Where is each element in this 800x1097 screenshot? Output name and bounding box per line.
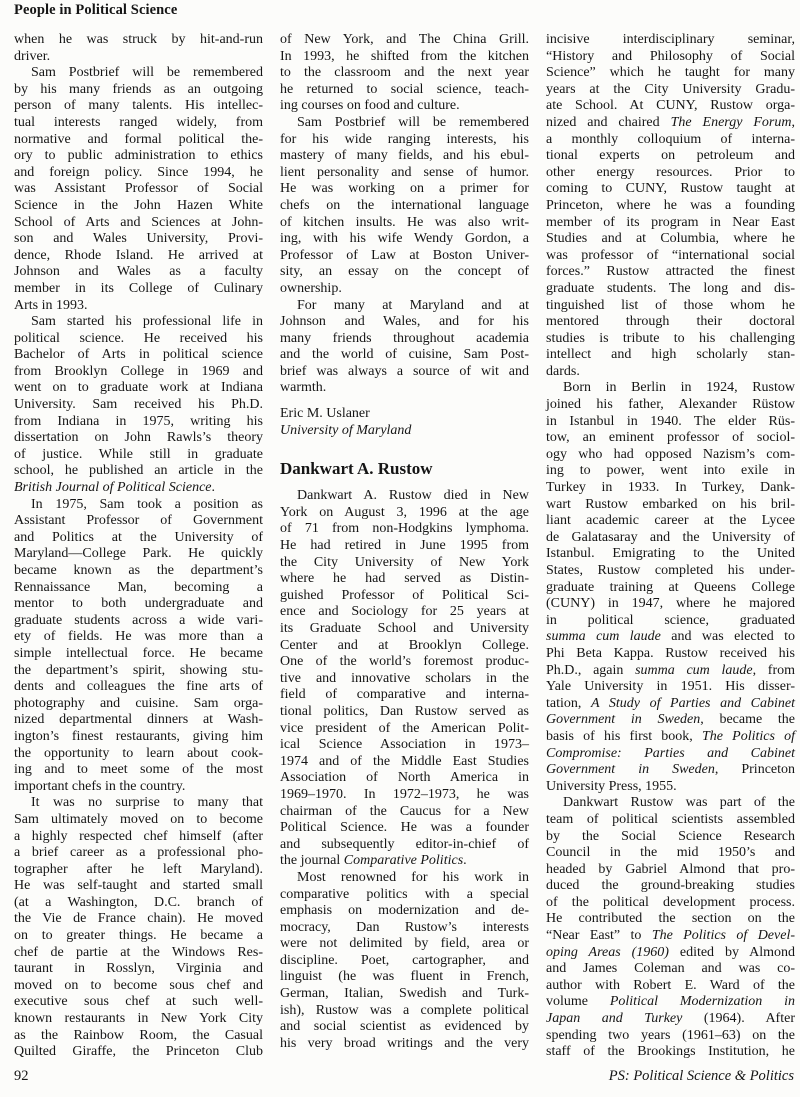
- text-line: coming to CUNY, Rustow taught at: [546, 181, 795, 198]
- text-line: ing and to meet some of the most: [14, 762, 263, 779]
- text-line: member in its College of Culinary: [14, 281, 263, 298]
- text-line: intellect and high scholarly stan-: [546, 347, 795, 364]
- text-line: linguist (he was fluent in French,: [280, 969, 529, 986]
- text-line: de Galatasaray and the University of: [546, 530, 795, 547]
- text-line: studies is tribute to his challenging: [546, 331, 795, 348]
- text-line: tinguished list of those whom he: [546, 298, 795, 315]
- text-line: He was working on a primer for: [280, 181, 529, 198]
- text-line: for his wide ranging interests, his: [280, 132, 529, 149]
- text-line: known restaurants in New York City: [14, 1011, 263, 1028]
- text-line: Compromise: Parties and Cabinet: [546, 746, 795, 763]
- text-line: incisive interdisciplinary seminar,: [546, 32, 795, 49]
- text-line: He had retired in June 1995 from: [280, 538, 529, 555]
- text-line: In 1975, Sam took a position as: [14, 497, 263, 514]
- text-line: Rennaissance Man, becoming a: [14, 580, 263, 597]
- italic-text: Government in Sweden: [546, 712, 700, 727]
- text-line: oping Areas (1960) edited by Almond: [546, 945, 795, 962]
- text-line: normative and formal political the-: [14, 132, 263, 149]
- text-line: the department’s spirit, showing stu-: [14, 663, 263, 680]
- text-line: driver.: [14, 49, 263, 66]
- text-line: Japan and Turkey (1964). After: [546, 1011, 795, 1028]
- text-line: person of many talents. His intellec-: [14, 98, 263, 115]
- text-line: ish), Rustow was a complete political: [280, 1003, 529, 1020]
- text-line: tation, A Study of Parties and Cabinet: [546, 696, 795, 713]
- text-line: team of political scientists assembled: [546, 812, 795, 829]
- text-line: a monthly colloquium of interna-: [546, 132, 795, 149]
- column-3: incisive interdisciplinary seminar,“Hist…: [546, 32, 795, 1061]
- text-line: dence, Rhode Island. He arrived at: [14, 248, 263, 265]
- text-line: States, Rustow completed his under-: [546, 563, 795, 580]
- text-line: ing to power, went into exile in: [546, 463, 795, 480]
- text-line: and James Coleman and was co-: [546, 961, 795, 978]
- text-line: the City University of New York: [280, 555, 529, 572]
- paragraph: Most renowned for his work incomparative…: [280, 870, 529, 1053]
- text-line: Yale University in 1951. His disser-: [546, 679, 795, 696]
- text-line: ence and Sociology for 25 years at: [280, 604, 529, 621]
- text-line: son and Wales University, Provi-: [14, 231, 263, 248]
- text-line: headed by Gabriel Almond that pro-: [546, 862, 795, 879]
- text-line: Center and at Brooklyn College.: [280, 638, 529, 655]
- text-line: University Press, 1955.: [546, 779, 795, 796]
- text-line: the opportunity to learn about cook-: [14, 746, 263, 763]
- text-line: Political Science. He was a founder: [280, 820, 529, 837]
- text-line: nized and chaired The Energy Forum,: [546, 115, 795, 132]
- text-line: “Near East” to The Politics of Devel-: [546, 928, 795, 945]
- text-line: University. Sam received his Ph.D.: [14, 397, 263, 414]
- text-line: mocracy, Dan Rustow’s interests: [280, 920, 529, 937]
- text-line: Phi Beta Kappa. Rustow received his: [546, 646, 795, 663]
- text-line: was Assistant Professor of Social: [14, 181, 263, 198]
- text-line: discipline. Poet, cartographer, and: [280, 953, 529, 970]
- text-line: York on August 3, 1996 at the age: [280, 505, 529, 522]
- text-line: Sam Postbrief will be remembered: [14, 65, 263, 82]
- text-line: ing, with his wife Wendy Gordon, a: [280, 231, 529, 248]
- text-line: 1969–1970. In 1972–1973, he was: [280, 787, 529, 804]
- text-line: British Journal of Political Science.: [14, 480, 263, 497]
- text-line: chairman of the Caucus for a New: [280, 804, 529, 821]
- text-line: ety of fields. He was more than a: [14, 629, 263, 646]
- italic-text: summa cum laude: [635, 663, 752, 678]
- text-line: tow, an eminent professor of sociol-: [546, 430, 795, 447]
- text-line: mastery of many fields, and his ebul-: [280, 148, 529, 165]
- text-line: Johnson and Wales, and for his: [280, 314, 529, 331]
- text-line: chef de partie at the Windows Res-: [14, 945, 263, 962]
- text-line: spending two years (1961–63) on the: [546, 1028, 795, 1045]
- text-line: and the world of cuisine, Sam Post-: [280, 347, 529, 364]
- text-line: where he had served as Distin-: [280, 571, 529, 588]
- author-signature: Eric M. UslanerUniversity of Maryland: [280, 406, 529, 439]
- text-line: ory to public administration to ethics: [14, 148, 263, 165]
- italic-text: The Politics of: [702, 729, 795, 744]
- text-line: and Politics at the University of: [14, 530, 263, 547]
- text-line: ical Science Association in 1973–: [280, 737, 529, 754]
- text-line: graduate students across a wide vari-: [14, 613, 263, 630]
- text-line: basis of his first book, The Politics of: [546, 729, 795, 746]
- text-line: (at a Washington, D.C. branch of: [14, 895, 263, 912]
- text-line: were not delimited by field, area or: [280, 936, 529, 953]
- paragraph: of New York, and The China Grill.In 1993…: [280, 32, 529, 115]
- text-line: went on to graduate work at Indiana: [14, 380, 263, 397]
- text-line: Sam started his professional life in: [14, 314, 263, 331]
- text-line: Eric M. Uslaner: [280, 406, 529, 423]
- paragraph: incisive interdisciplinary seminar,“Hist…: [546, 32, 795, 380]
- text-line: ing courses on food and culture.: [280, 98, 529, 115]
- text-line: Science” which he taught for many: [546, 65, 795, 82]
- text-line: guished Professor of Political Sci-: [280, 588, 529, 605]
- text-line: dards.: [546, 364, 795, 381]
- text-line: 1974 and of the Middle East Studies: [280, 754, 529, 771]
- text-line: Government in Sweden, became the: [546, 712, 795, 729]
- text-line: sity, an essay on the concept of: [280, 264, 529, 281]
- text-line: as the Rainbow Room, the Casual: [14, 1028, 263, 1045]
- italic-text: The Politics of Devel-: [652, 928, 795, 943]
- paragraph: Sam Postbrief will be rememberedby his m…: [14, 65, 263, 314]
- article-body: when he was struck by hit-and-rundriver.…: [14, 32, 795, 1061]
- text-line: joined his father, Alexander Rüstow: [546, 397, 795, 414]
- text-line: volume Political Modernization in: [546, 994, 795, 1011]
- text-line: field of comparative and interna-: [280, 687, 529, 704]
- text-line: was professor of “international social: [546, 248, 795, 265]
- text-line: a brief career as a professional pho-: [14, 845, 263, 862]
- text-line: warmth.: [280, 380, 529, 397]
- text-line: dissertation on John Rawls’s theory: [14, 430, 263, 447]
- text-line: It was no surprise to many that: [14, 795, 263, 812]
- text-line: of kitchen insults. He was also writ-: [280, 215, 529, 232]
- text-line: Arts in 1993.: [14, 298, 263, 315]
- text-line: graduate training at Queens College: [546, 580, 795, 597]
- text-line: years at the City University Gradu-: [546, 82, 795, 99]
- text-line: summa cum laude and was elected to: [546, 629, 795, 646]
- page-number: 92: [14, 1068, 29, 1085]
- text-line: and social scientist as evidenced by: [280, 1019, 529, 1036]
- text-line: by the Social Science Research: [546, 829, 795, 846]
- text-line: Johnson and Wales as a faculty: [14, 264, 263, 281]
- text-line: and foreign policy. Since 1994, he: [14, 165, 263, 182]
- text-line: German, Italian, Swedish and Turk-: [280, 986, 529, 1003]
- italic-text: Comparative Politics: [344, 853, 463, 868]
- text-line: (CUNY) in 1947, where he majored: [546, 596, 795, 613]
- text-line: In 1993, he shifted from the kitchen: [280, 49, 529, 66]
- text-line: tional experts on petroleum and: [546, 148, 795, 165]
- text-line: Maryland—College Park. He quickly: [14, 546, 263, 563]
- text-line: graduate students. The long and dis-: [546, 281, 795, 298]
- journal-title: PS: Political Science & Politics: [609, 1068, 794, 1085]
- text-line: from Indiana in 1975, writing his: [14, 414, 263, 431]
- column-1: when he was struck by hit-and-rundriver.…: [14, 32, 263, 1061]
- text-line: his very broad writings and the very: [280, 1036, 529, 1053]
- text-line: other energy resources. Prior to: [546, 165, 795, 182]
- text-line: in political science, graduated: [546, 613, 795, 630]
- text-line: Science in the John Hazen White: [14, 198, 263, 215]
- text-line: Government in Sweden, Princeton: [546, 762, 795, 779]
- italic-text: A Study of Parties and Cabinet: [591, 696, 795, 711]
- text-line: comparative politics with a special: [280, 887, 529, 904]
- text-line: important chefs in the country.: [14, 779, 263, 796]
- text-line: a highly respected chef himself (after: [14, 829, 263, 846]
- text-line: dents and colleagues the fine arts of: [14, 679, 263, 696]
- text-line: lient personality and sense of humor.: [280, 165, 529, 182]
- paragraph: when he was struck by hit-and-rundriver.: [14, 32, 263, 65]
- text-line: of 71 from non-Hodgkins lymphoma.: [280, 521, 529, 538]
- text-line: became known as the department’s: [14, 563, 263, 580]
- text-line: mentored through their doctoral: [546, 314, 795, 331]
- text-line: tional politics, Dan Rustow served as: [280, 704, 529, 721]
- italic-text: Government in Sweden: [546, 762, 715, 777]
- text-line: member of its program in Near East: [546, 215, 795, 232]
- paragraph: Dankwart Rustow was part of theteam of p…: [546, 795, 795, 1061]
- text-line: political science. He received his: [14, 331, 263, 348]
- text-line: For many at Maryland and at: [280, 298, 529, 315]
- text-line: He was self-taught and started small: [14, 878, 263, 895]
- text-line: tive and innovative scholars in the: [280, 671, 529, 688]
- text-line: Most renowned for his work in: [280, 870, 529, 887]
- text-line: forces.” Rustow attracted the finest: [546, 264, 795, 281]
- text-line: taurant in Rosslyn, Virginia and: [14, 961, 263, 978]
- text-line: University of Maryland: [280, 423, 529, 440]
- text-line: the Vie de France chain). He moved: [14, 911, 263, 928]
- paragraph: For many at Maryland and atJohnson and W…: [280, 298, 529, 398]
- text-line: One of the world’s foremost produc-: [280, 654, 529, 671]
- text-line: nized departmental dinners at Wash-: [14, 712, 263, 729]
- text-line: in Istanbul in 1940. The elder Rüs-: [546, 414, 795, 431]
- text-line: mentor to both undergraduate and: [14, 596, 263, 613]
- text-line: Istanbul. Emigrating to the United: [546, 546, 795, 563]
- text-line: moved on to become sous chef and: [14, 978, 263, 995]
- italic-text: summa cum laude: [546, 629, 661, 644]
- italic-text: Compromise: Parties and Cabinet: [546, 746, 795, 761]
- text-line: vice president of the American Polit-: [280, 721, 529, 738]
- paragraph: In 1975, Sam took a position asAssistant…: [14, 497, 263, 796]
- section-heading: Dankwart A. Rustow: [280, 459, 529, 479]
- text-line: the journal Comparative Politics.: [280, 853, 529, 870]
- text-line: tual interests ranged widely, from: [14, 115, 263, 132]
- italic-text: oping Areas (1960): [546, 945, 669, 960]
- text-line: of justice. While still in graduate: [14, 447, 263, 464]
- text-line: Council in the mid 1950’s and: [546, 845, 795, 862]
- page-header-title: People in Political Science: [14, 2, 177, 19]
- text-line: brief was always a source of wit and: [280, 364, 529, 381]
- text-line: Turkey in 1933. In Turkey, Dank-: [546, 480, 795, 497]
- text-line: simple intellectual force. He became: [14, 646, 263, 663]
- text-line: School of Arts and Sciences at John-: [14, 215, 263, 232]
- italic-text: Political Modernization in: [610, 994, 795, 1009]
- text-line: by his many friends as an outgoing: [14, 82, 263, 99]
- text-line: he returned to social science, teach-: [280, 82, 529, 99]
- text-line: Sam Postbrief will be remembered: [280, 115, 529, 132]
- text-line: liant academic career at the Lycee: [546, 513, 795, 530]
- text-line: ate School. At CUNY, Rustow orga-: [546, 98, 795, 115]
- text-line: Princeton, where he was a founding: [546, 198, 795, 215]
- text-line: its Graduate School and University: [280, 621, 529, 638]
- italic-text: British Journal of Political Science: [14, 480, 212, 495]
- text-line: Quilted Giraffe, the Princeton Club: [14, 1044, 263, 1061]
- text-line: author with Robert E. Ward of the: [546, 978, 795, 995]
- text-line: Ph.D., again summa cum laude, from: [546, 663, 795, 680]
- text-line: Born in Berlin in 1924, Rustow: [546, 380, 795, 397]
- text-line: many friends throughout academia: [280, 331, 529, 348]
- text-line: of New York, and The China Grill.: [280, 32, 529, 49]
- text-line: emphasis on modernization and de-: [280, 903, 529, 920]
- text-line: when he was struck by hit-and-run: [14, 32, 263, 49]
- paragraph: Sam started his professional life inpoli…: [14, 314, 263, 497]
- text-line: duced the ground-breaking studies: [546, 878, 795, 895]
- text-line: Bachelor of Arts in political science: [14, 347, 263, 364]
- text-line: to the classroom and the next year: [280, 65, 529, 82]
- text-line: Professor of Law at Boston Univer-: [280, 248, 529, 265]
- italic-text: University of Maryland: [280, 423, 411, 438]
- text-line: school, he published an article in the: [14, 463, 263, 480]
- text-line: of the political development process.: [546, 895, 795, 912]
- paragraph: Sam Postbrief will be rememberedfor his …: [280, 115, 529, 298]
- text-line: Assistant Professor of Government: [14, 513, 263, 530]
- text-line: ownership.: [280, 281, 529, 298]
- text-line: staff of the Brookings Institution, he: [546, 1044, 795, 1061]
- text-line: “History and Philosophy of Social: [546, 49, 795, 66]
- text-line: photography and cuisine. Sam orga-: [14, 696, 263, 713]
- text-line: Studies and at Columbia, where he: [546, 231, 795, 248]
- column-2: of New York, and The China Grill.In 1993…: [280, 32, 529, 1061]
- text-line: ogy who had opposed Nazism’s com-: [546, 447, 795, 464]
- italic-text: The Energy Forum: [671, 115, 792, 130]
- text-line: executive sous chef at such well-: [14, 994, 263, 1011]
- paragraph: Dankwart A. Rustow died in NewYork on Au…: [280, 488, 529, 870]
- text-line: Association of North America in: [280, 770, 529, 787]
- text-line: wart Rustow embarked on his bril-: [546, 497, 795, 514]
- text-line: Dankwart Rustow was part of the: [546, 795, 795, 812]
- text-line: Sam ultimately moved on to become: [14, 812, 263, 829]
- paragraph: Born in Berlin in 1924, Rustowjoined his…: [546, 380, 795, 795]
- paragraph: It was no surprise to many thatSam ultim…: [14, 795, 263, 1061]
- text-line: chefs on the international language: [280, 198, 529, 215]
- text-line: He contributed the section on the: [546, 911, 795, 928]
- text-line: from Brooklyn College in 1969 and: [14, 364, 263, 381]
- text-line: and subsequently editor-in-chief of: [280, 837, 529, 854]
- text-line: ington’s finest restaurants, giving him: [14, 729, 263, 746]
- text-line: Dankwart A. Rustow died in New: [280, 488, 529, 505]
- italic-text: Japan and Turkey: [546, 1011, 682, 1026]
- text-line: tographer after he left Maryland).: [14, 862, 263, 879]
- text-line: on to greater things. He became a: [14, 928, 263, 945]
